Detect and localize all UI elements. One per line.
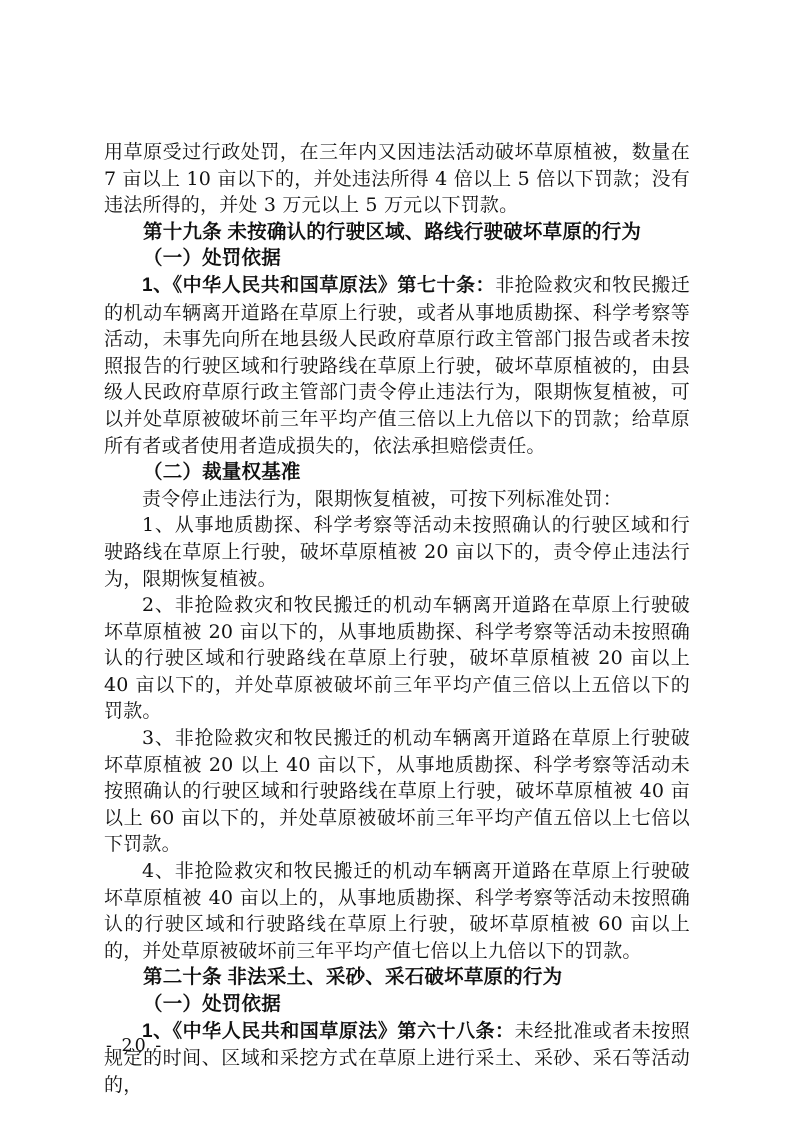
document-body: 用草原受过行政处罚，在三年内又因违法活动破坏草原植被，数量在 7 亩以上 10 … bbox=[104, 139, 690, 1098]
penalty-basis-heading-1: （一）处罚依据 bbox=[104, 245, 690, 272]
article-19-heading: 第十九条 未按确认的行驶区域、路线行驶破坏草原的行为 bbox=[104, 219, 690, 246]
paragraph-law-article-70: 1、《中华人民共和国草原法》第七十条：非抢险救灾和牧民搬迁的机动车辆离开道路在草… bbox=[104, 272, 690, 459]
discretion-standard-heading: （二）裁量权基准 bbox=[104, 459, 690, 486]
paragraph-standard-intro: 责令停止违法行为，限期恢复植被，可按下列标准处罚： bbox=[104, 486, 690, 513]
law-citation-bold: 1、《中华人民共和国草原法》第七十条： bbox=[142, 275, 495, 296]
law-citation-bold: 1、《中华人民共和国草原法》第六十八条： bbox=[142, 1021, 515, 1042]
law-citation-body: 非抢险救灾和牧民搬迁的机动车辆离开道路在草原上行驶，或者从事地质勘探、科学考察等… bbox=[104, 274, 690, 457]
paragraph-law-article-68: 1、《中华人民共和国草原法》第六十八条：未经批准或者未按照规定的时间、区域和采挖… bbox=[104, 1018, 690, 1099]
paragraph-standard-item-2: 2、非抢险救灾和牧民搬迁的机动车辆离开道路在草原上行驶破坏草原植被 20 亩以下… bbox=[104, 592, 690, 725]
document-page: 用草原受过行政处罚，在三年内又因违法活动破坏草原植被，数量在 7 亩以上 10 … bbox=[0, 0, 793, 1122]
page-number: - 20 - bbox=[106, 1036, 163, 1056]
penalty-basis-heading-2: （一）处罚依据 bbox=[104, 991, 690, 1018]
paragraph-continuation: 用草原受过行政处罚，在三年内又因违法活动破坏草原植被，数量在 7 亩以上 10 … bbox=[104, 139, 690, 219]
paragraph-standard-item-4: 4、非抢险救灾和牧民搬迁的机动车辆离开道路在草原上行驶破坏草原植被 40 亩以上… bbox=[104, 858, 690, 964]
paragraph-standard-item-3: 3、非抢险救灾和牧民搬迁的机动车辆离开道路在草原上行驶破坏草原植被 20 以上 … bbox=[104, 725, 690, 858]
article-20-heading: 第二十条 非法采土、采砂、采石破坏草原的行为 bbox=[104, 964, 690, 991]
paragraph-standard-item-1: 1、从事地质勘探、科学考察等活动未按照确认的行驶区域和行驶路线在草原上行驶，破坏… bbox=[104, 512, 690, 592]
